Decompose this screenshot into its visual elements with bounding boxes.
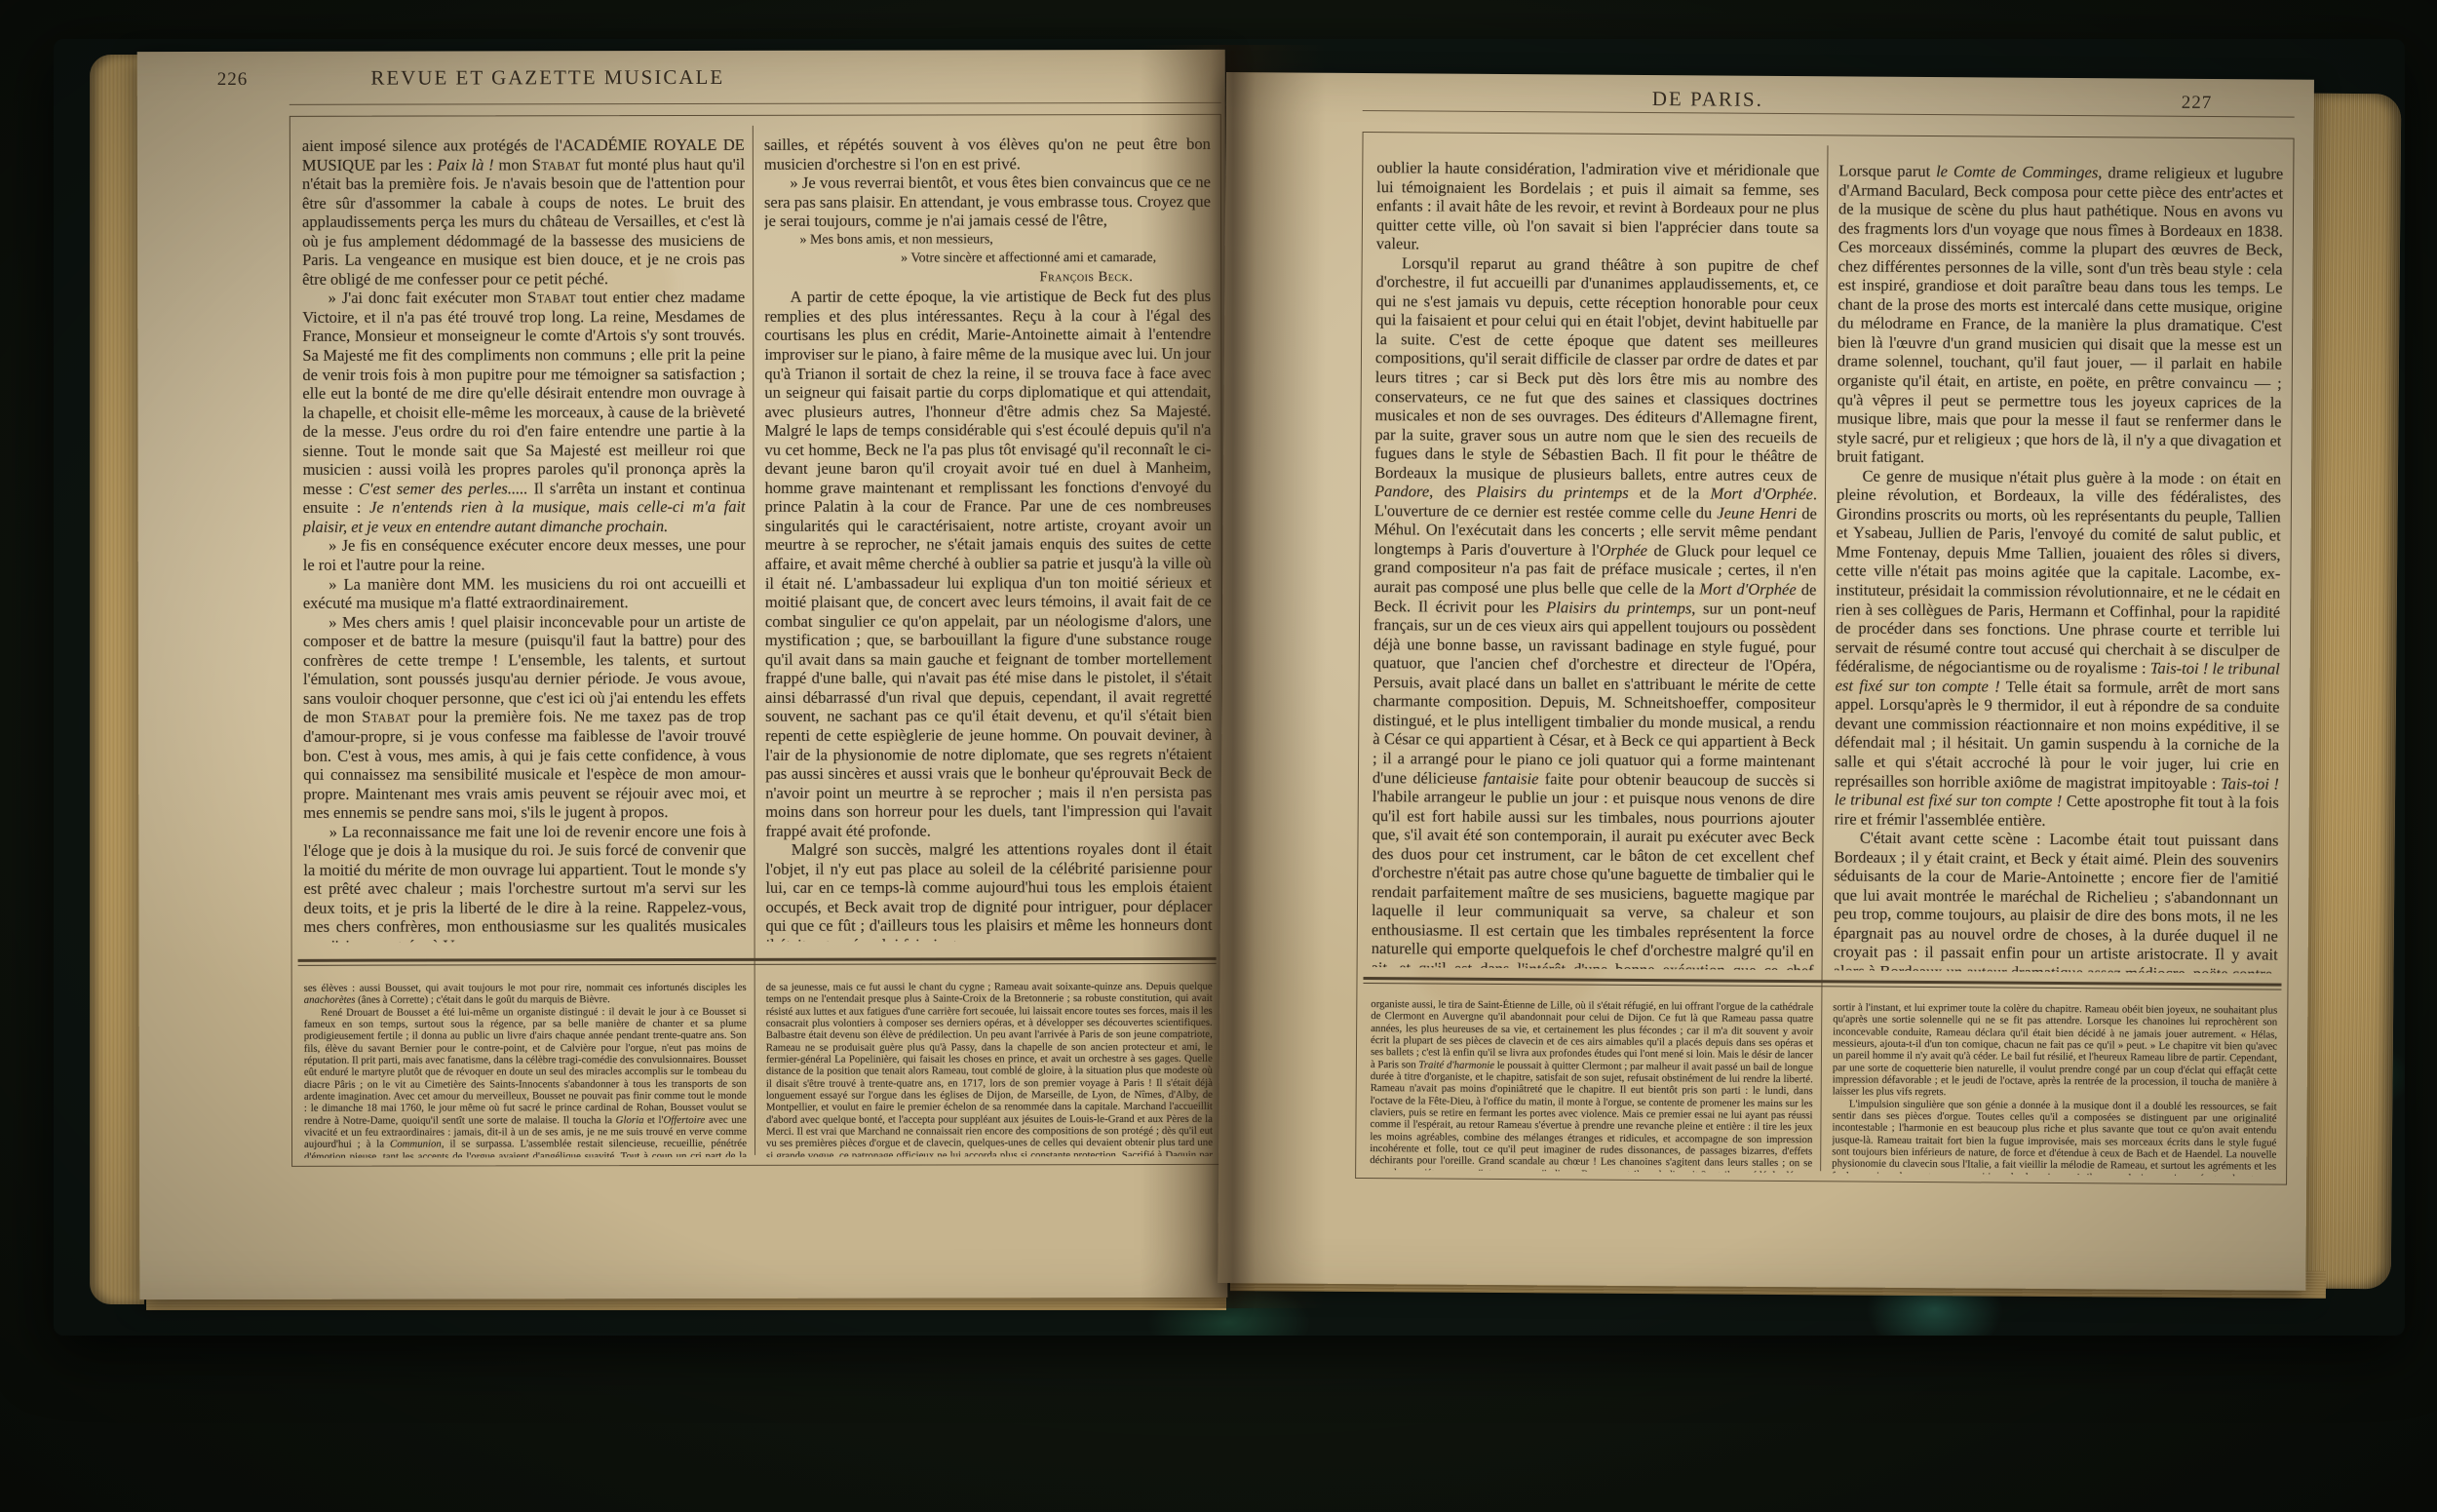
paragraph: René Drouart de Bousset a été lui-même u… [304,1006,747,1158]
right-footnote-column-1: organiste aussi, le tira de Saint-Étienn… [1370,998,1813,1173]
text-frame-right: oublier la haute considération, l'admira… [1355,132,2294,1185]
paragraph: Malgré son succès, malgré les attentions… [765,839,1212,942]
page-number-right: 227 [2182,93,2213,114]
paragraph: » La manière dont MM. les musiciens du r… [303,573,746,612]
journal-title-right: DE PARIS. [1652,87,1763,112]
paragraph: aient imposé silence aux protégés de l'A… [302,136,745,289]
book-photo: 226 REVUE ET GAZETTE MUSICALE aient impo… [0,0,2437,1512]
paragraph: » Votre sincère et affectionné ami et ca… [764,249,1211,269]
paragraph: A partir de cette époque, la vie artisti… [764,287,1212,840]
text-frame-left: aient imposé silence aux protégés de l'A… [290,114,1223,1167]
column-divider-right [1820,145,1828,1171]
paragraph: oublier la haute considération, l'admira… [1376,158,1820,256]
paragraph: C'était avant cette scène : Lacombe étai… [1834,829,2279,974]
header-rule-left [290,102,1221,105]
left-page: 226 REVUE ET GAZETTE MUSICALE aient impo… [137,50,1228,1299]
paragraph: » La reconnaissance me fait une loi de r… [303,822,746,943]
right-main-column-2: Lorsque parut le Comte de Comminges, dra… [1834,161,2284,973]
right-page: DE PARIS. 227 oublier la haute considéra… [1218,72,2314,1291]
header-rule-right [1363,110,2295,118]
paragraph: Lorsque parut le Comte de Comminges, dra… [1837,161,2283,469]
paragraph: François Beck. [764,268,1211,289]
left-main-column-1: aient imposé silence aux protégés de l'A… [302,136,747,943]
left-footnote-column-1: ses élèves : aussi Bousset, qui avait to… [304,982,747,1158]
left-main-column-2: sailles, et répétés souvent à vos élèves… [764,135,1213,942]
paragraph: » Mes bons amis, et non messieurs, [764,230,1211,251]
column-divider-left [753,126,755,1155]
paragraph: sortir à l'instant, et lui exprimer tout… [1833,1001,2278,1101]
paragraph: organiste aussi, le tira de Saint-Étienn… [1370,998,1813,1173]
right-main-column-1: oublier la haute considération, l'admira… [1372,158,1820,970]
journal-title-left: REVUE ET GAZETTE MUSICALE [370,65,724,91]
fore-edge-right [2300,94,2402,1290]
paragraph: sailles, et répétés souvent à vos élèves… [764,135,1211,174]
paragraph: » Je vous reverrai bientôt, et vous êtes… [764,173,1211,231]
paragraph: Ce genre de musique n'était plus guère à… [1835,466,2282,832]
right-footnote-column-2: sortir à l'instant, et lui exprimer tout… [1832,1001,2277,1176]
paragraph: » Je fis en conséquence exécuter encore … [303,535,746,574]
paragraph: Lorsqu'il reparut au grand théâtre à son… [1372,253,1819,970]
paragraph: ses élèves : aussi Bousset, qui avait to… [304,982,747,1007]
page-number-left: 226 [217,69,249,91]
fore-edge-left [90,55,144,1304]
left-footnote-column-2: de sa jeunesse, mais ce fut aussi le cha… [766,981,1213,1157]
paragraph: de sa jeunesse, mais ce fut aussi le cha… [766,981,1213,1157]
paragraph: L'impulsion singulière que son génie a d… [1832,1098,2277,1176]
paragraph: » Mes chers amis ! quel plaisir inconcev… [303,612,746,823]
paragraph: » J'ai donc fait exécuter mon Stabat tou… [302,288,746,536]
feuilleton-rule-left [298,957,1217,966]
